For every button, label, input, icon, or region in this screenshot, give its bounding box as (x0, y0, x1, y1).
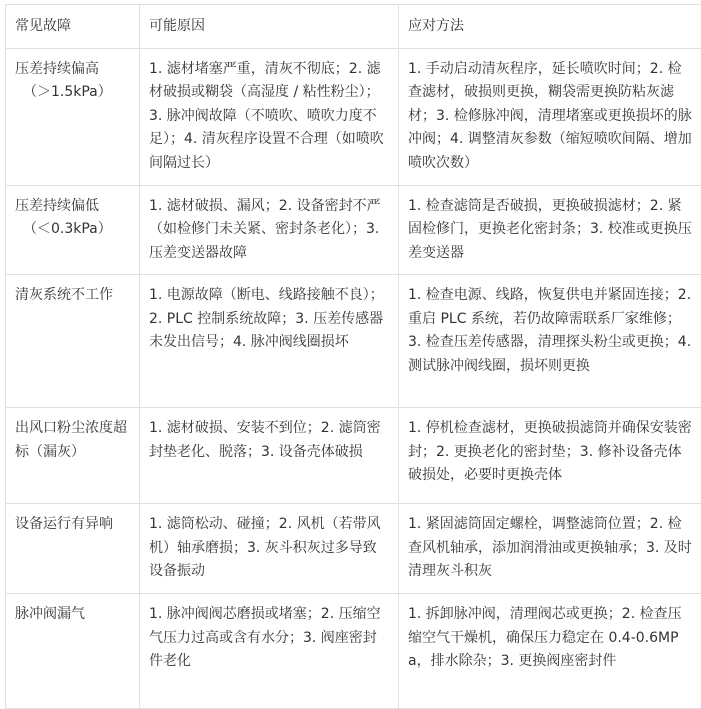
fault-cell: 压差持续偏高 （＞1.5kPa） (6, 48, 140, 185)
solutions-cell: 1. 拆卸脉冲阀，清理阀芯或更换；2. 检查压缩空气干燥机，确保压力稳定在 0.… (399, 594, 701, 709)
fault-name: 压差持续偏低 (15, 198, 99, 214)
table-row: 设备运行有异响 1. 滤筒松动、碰撞；2. 风机（若带风机）轴承磨损；3. 灰斗… (6, 504, 701, 594)
table-row: 出风口粉尘浓度超标（漏灰） 1. 滤材破损、安装不到位；2. 滤筒密封垫老化、脱… (6, 408, 701, 504)
causes-cell: 1. 滤材破损、漏风；2. 设备密封不严（如检修门未关紧、密封条老化）；3. 压… (140, 185, 399, 275)
table-row: 脉冲阀漏气 1. 脉冲阀阀芯磨损或堵塞；2. 压缩空气压力过高或含有水分；3. … (6, 594, 701, 709)
fault-cell: 清灰系统不工作 (6, 275, 140, 408)
causes-cell: 1. 电源故障（断电、线路接触不良）；2. PLC 控制系统故障；3. 压差传感… (140, 275, 399, 408)
solutions-cell: 1. 停机检查滤材，更换破损滤筒并确保安装密封；2. 更换老化的密封垫；3. 修… (399, 408, 701, 504)
fault-cell: 脉冲阀漏气 (6, 594, 140, 709)
causes-cell: 1. 脉冲阀阀芯磨损或堵塞；2. 压缩空气压力过高或含有水分；3. 阀座密封件老… (140, 594, 399, 709)
fault-table-container: 常见故障 可能原因 应对方法 压差持续偏高 （＞1.5kPa） 1. 滤材堵塞严… (5, 4, 701, 709)
header-fault: 常见故障 (6, 5, 140, 49)
causes-cell: 1. 滤筒松动、碰撞；2. 风机（若带风机）轴承磨损；3. 灰斗积灰过多导致设备… (140, 504, 399, 594)
fault-troubleshooting-table: 常见故障 可能原因 应对方法 压差持续偏高 （＞1.5kPa） 1. 滤材堵塞严… (5, 4, 701, 709)
solutions-cell: 1. 紧固滤筒固定螺栓，调整滤筒位置；2. 检查风机轴承，添加润滑油或更换轴承；… (399, 504, 701, 594)
fault-name: 压差持续偏高 (15, 61, 99, 77)
solutions-cell[interactable]: 1. 手动启动清灰程序，延长喷吹时间；2. 检查滤材，破损则更换，糊袋需更换防粘… (399, 48, 701, 185)
header-causes: 可能原因 (140, 5, 399, 49)
fault-threshold: （＜0.3kPa） (15, 218, 130, 242)
causes-cell: 1. 滤材堵塞严重，清灰不彻底；2. 滤材破损或糊袋（高湿度 / 粘性粉尘）；3… (140, 48, 399, 185)
fault-cell: 出风口粉尘浓度超标（漏灰） (6, 408, 140, 504)
causes-cell: 1. 滤材破损、安装不到位；2. 滤筒密封垫老化、脱落；3. 设备壳体破损 (140, 408, 399, 504)
table-row: 压差持续偏低 （＜0.3kPa） 1. 滤材破损、漏风；2. 设备密封不严（如检… (6, 185, 701, 275)
fault-threshold: （＞1.5kPa） (15, 81, 130, 105)
solutions-cell: 1. 检查电源、线路，恢复供电并紧固连接；2. 重启 PLC 系统，若仍故障需联… (399, 275, 701, 408)
table-header-row: 常见故障 可能原因 应对方法 (6, 5, 701, 49)
table-row: 清灰系统不工作 1. 电源故障（断电、线路接触不良）；2. PLC 控制系统故障… (6, 275, 701, 408)
solutions-cell: 1. 检查滤筒是否破损，更换破损滤材；2. 紧固检修门，更换老化密封条；3. 校… (399, 185, 701, 275)
header-solutions: 应对方法 (399, 5, 701, 49)
fault-cell: 设备运行有异响 (6, 504, 140, 594)
table-row: 压差持续偏高 （＞1.5kPa） 1. 滤材堵塞严重，清灰不彻底；2. 滤材破损… (6, 48, 701, 185)
fault-cell: 压差持续偏低 （＜0.3kPa） (6, 185, 140, 275)
